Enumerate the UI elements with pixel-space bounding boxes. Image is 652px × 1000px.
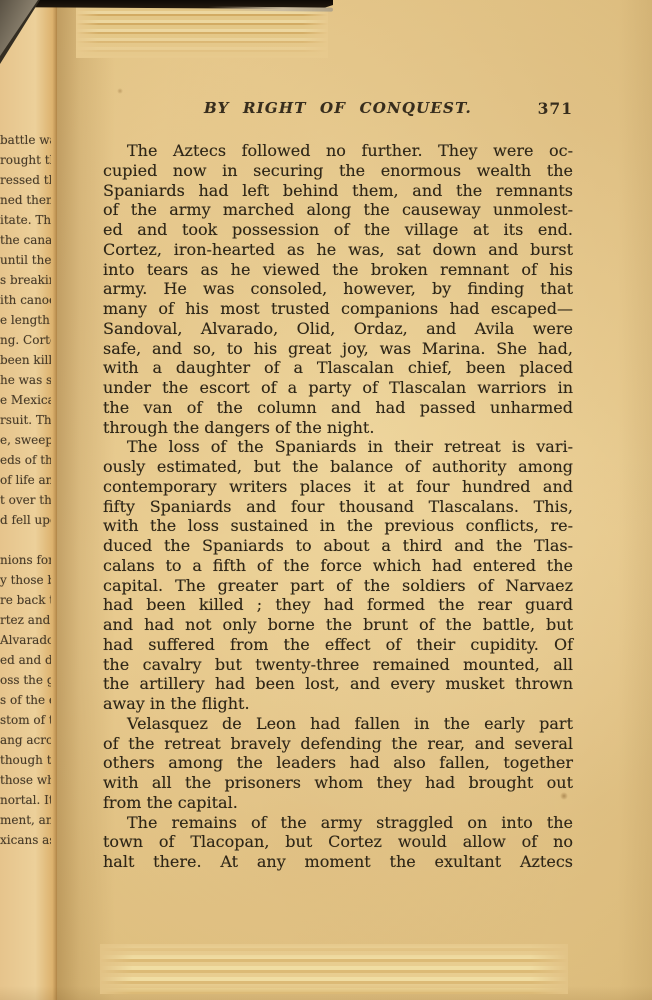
margin-fragment-line: the canal, [0, 230, 51, 250]
margin-fragment-line: e, sweeping [0, 430, 51, 450]
page-number: 371 [538, 99, 573, 118]
facing-page-text-fragments: battle warought theressed thatned them.i… [0, 130, 51, 870]
margin-fragment-line: ressed that [0, 170, 51, 190]
margin-fragment-line: ned them. [0, 190, 51, 210]
body-line: Cortez, iron-hearted as he was, sat down… [103, 240, 573, 260]
margin-fragment-line [0, 530, 51, 550]
paper-speck [117, 88, 123, 94]
body-line: army. He was consoled, however, by findi… [103, 279, 573, 299]
body-line: had been killed ; they had formed the re… [103, 595, 573, 615]
body-line: cupied now in securing the enormous weal… [103, 161, 573, 181]
body-line: halt there. At any moment the exultant A… [103, 852, 573, 872]
body-text: The Aztecs followed no further. They wer… [103, 141, 573, 872]
margin-fragment-line: e Mexicans, [0, 390, 51, 410]
body-line: capital. The greater part of the soldier… [103, 576, 573, 596]
body-line: and had not only borne the brunt of the … [103, 615, 573, 635]
margin-fragment-line: ith canoes [0, 290, 51, 310]
margin-fragment-line: battle wa [0, 130, 51, 150]
body-line: Velasquez de Leon had fallen in the earl… [103, 714, 573, 734]
body-line: fifty Spaniards and four thousand Tlasca… [103, 497, 573, 517]
margin-fragment-line: d fell upon [0, 510, 51, 530]
margin-fragment-line: ed and de- [0, 650, 51, 670]
margin-fragment-line: those who [0, 770, 51, 790]
margin-fragment-line: e length of [0, 310, 51, 330]
body-line: from the capital. [103, 793, 573, 813]
margin-fragment-line: rtez and his [0, 610, 51, 630]
running-header: BY RIGHT OF CONQUEST. 371 [103, 99, 573, 121]
body-line: Spaniards had left behind them, and the … [103, 181, 573, 201]
body-line: The remains of the army straggled on int… [103, 813, 573, 833]
body-line: calans to a fifth of the force which had… [103, 556, 573, 576]
body-line: duced the Spaniards to about a third and… [103, 536, 573, 556]
margin-fragment-line: Alvarado [0, 630, 51, 650]
body-line: of the retreat bravely defending the rea… [103, 734, 573, 754]
margin-fragment-line: rought the [0, 150, 51, 170]
margin-fragment-line: oss the gap, [0, 670, 51, 690]
body-line: ed and took possession of the village at… [103, 220, 573, 240]
body-line: the van of the column and had passed unh… [103, 398, 573, 418]
body-line: contemporary writers places it at four h… [103, 477, 573, 497]
margin-fragment-line: s of the en- [0, 690, 51, 710]
paper-speck [560, 792, 568, 800]
margin-fragment-line: rsuit. The [0, 410, 51, 430]
body-line: with all the prisoners whom they had bro… [103, 773, 573, 793]
body-line: of the army marched along the causeway u… [103, 200, 573, 220]
body-line: ously estimated, but the balance of auth… [103, 457, 573, 477]
margin-fragment-line: stom of the [0, 710, 51, 730]
margin-fragment-line: re back the [0, 590, 51, 610]
body-line: The loss of the Spaniards in their retre… [103, 437, 573, 457]
margin-fragment-line: he was still [0, 370, 51, 390]
margin-fragment-line: nortal. It [0, 790, 51, 810]
scanned-book-page: battle warought theressed thatned them.i… [0, 0, 652, 1000]
right-edge-shading [618, 0, 652, 1000]
margin-fragment-line: ang across. [0, 730, 51, 750]
margin-fragment-line: t over the [0, 490, 51, 510]
book-bottom-page-edges [100, 944, 568, 994]
body-line: into tears as he viewed the broken remna… [103, 260, 573, 280]
body-line: others among the leaders had also fallen… [103, 753, 573, 773]
margin-fragment-line: itate. They [0, 210, 51, 230]
running-title: BY RIGHT OF CONQUEST. [103, 99, 573, 117]
body-line: safe, and so, to his great joy, was Mari… [103, 339, 573, 359]
body-line: many of his most trusted companions had … [103, 299, 573, 319]
body-line: away in the flight. [103, 694, 573, 714]
body-line: The Aztecs followed no further. They wer… [103, 141, 573, 161]
margin-fragment-line: ment, and [0, 810, 51, 830]
margin-fragment-line: s breaking [0, 270, 51, 290]
margin-fragment-line: ng. Cortez [0, 330, 51, 350]
body-line: the artillery had been lost, and every m… [103, 674, 573, 694]
margin-fragment-line: though the [0, 750, 51, 770]
body-line: with the loss sustained in the previous … [103, 516, 573, 536]
body-line: had suffered from the effect of their cu… [103, 635, 573, 655]
margin-fragment-line: of life and [0, 470, 51, 490]
body-line: with a daughter of a Tlascalan chief, be… [103, 358, 573, 378]
body-line: the cavalry but twenty-three remained mo… [103, 655, 573, 675]
margin-fragment-line: eds of their [0, 450, 51, 470]
margin-fragment-line: xicans as [0, 830, 51, 850]
margin-fragment-line: until they [0, 250, 51, 270]
margin-fragment-line: y those be [0, 570, 51, 590]
body-line: under the escort of a party of Tlascalan… [103, 378, 573, 398]
margin-fragment-line: nions for a [0, 550, 51, 570]
body-line: town of Tlacopan, but Cortez would allow… [103, 832, 573, 852]
body-line: through the dangers of the night. [103, 418, 573, 438]
body-line: Sandoval, Alvarado, Olid, Ordaz, and Avi… [103, 319, 573, 339]
margin-fragment-line: been killed [0, 350, 51, 370]
